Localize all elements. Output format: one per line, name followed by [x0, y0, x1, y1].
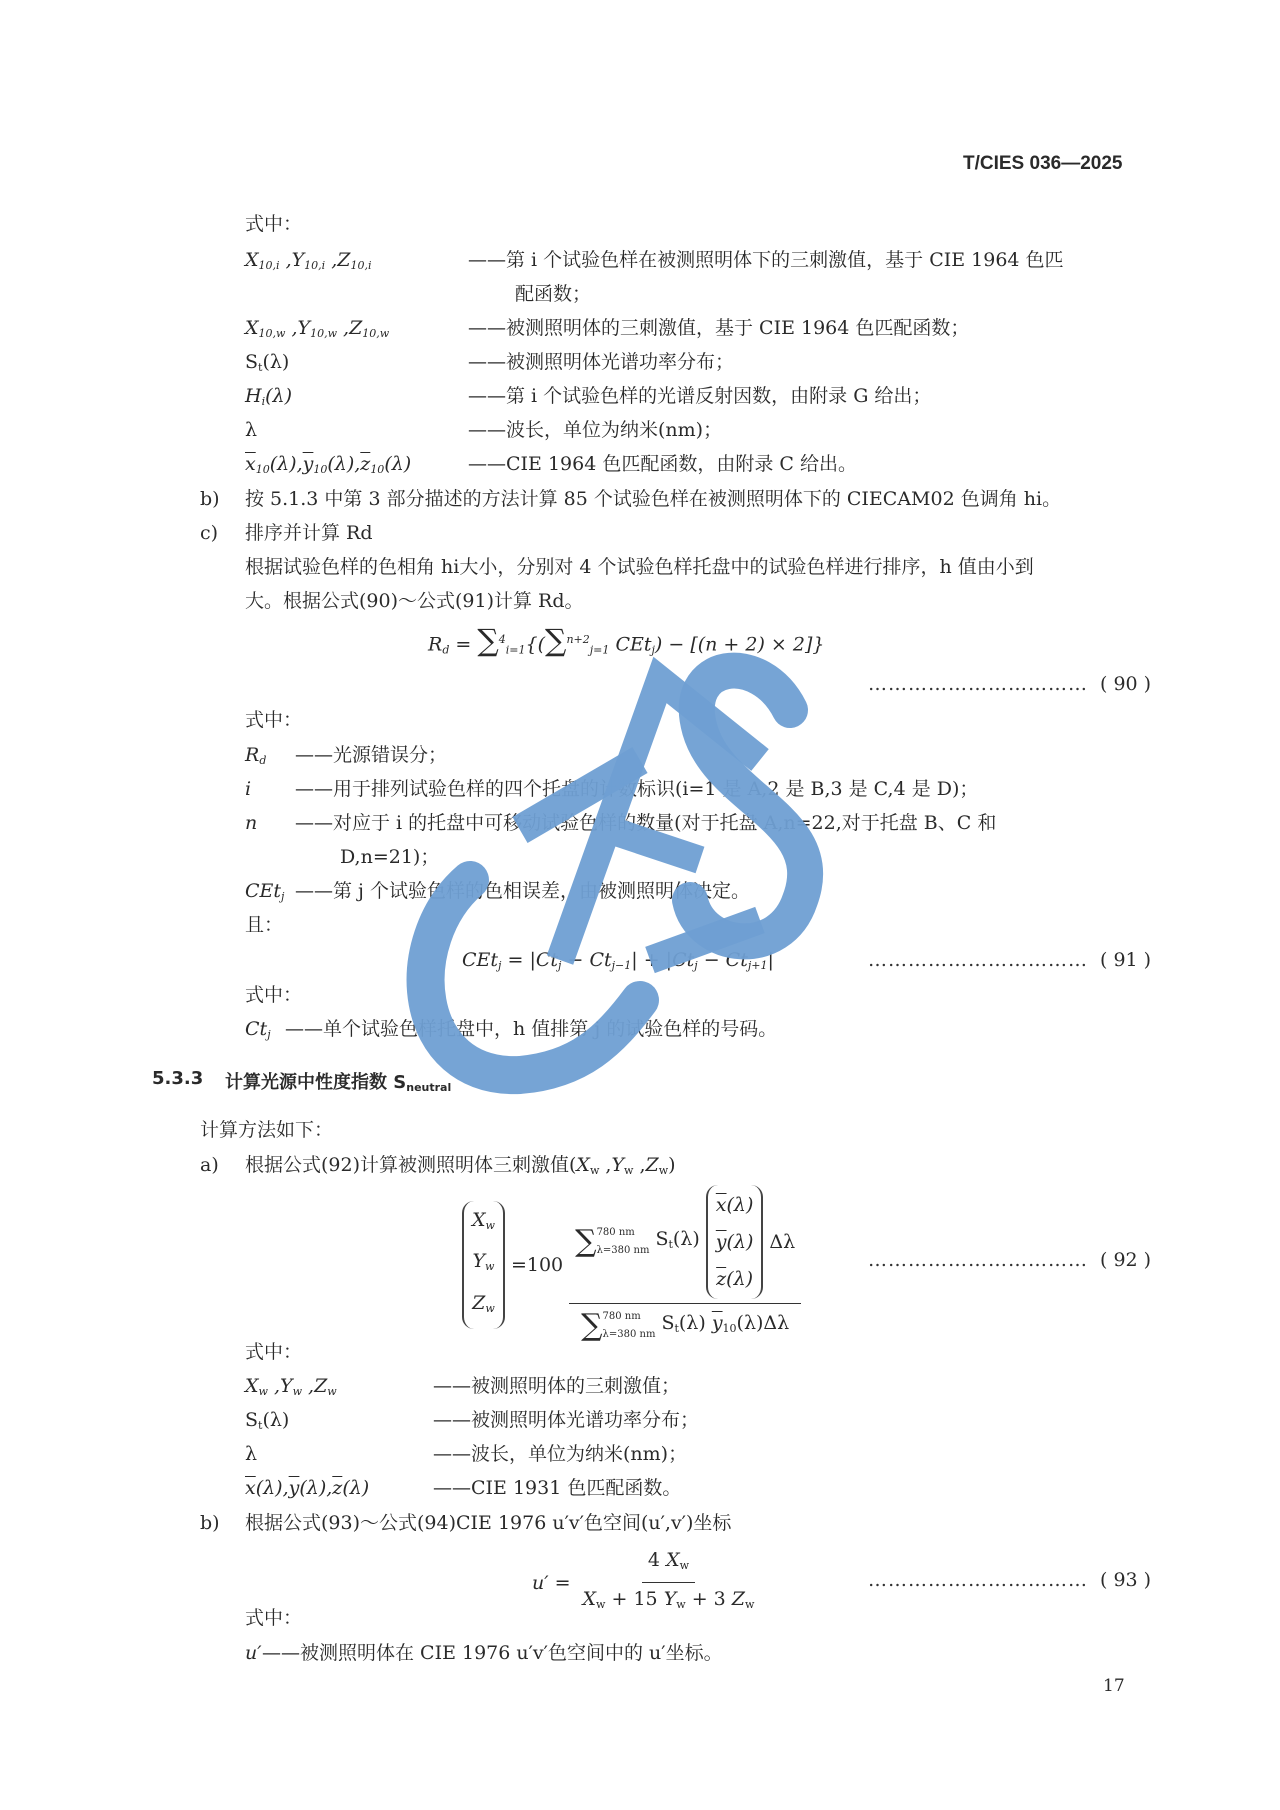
def-desc: ——被测照明体光谱功率分布； [433, 1408, 699, 1432]
def-symbol: n [245, 811, 257, 835]
equation-91: CEtj = |Ctj − Ctj−1| + |Ctj − Ctj+1| [462, 948, 774, 978]
def-desc: ——单个试验色样托盘中，h 值排第 j 的试验色样的号码。 [285, 1017, 777, 1041]
def-symbol: i [245, 777, 251, 801]
section-title: 计算光源中性度指数 Sneutral [225, 1068, 451, 1094]
equation-90: Rd = ∑4i=1{(∑n+2j=1 CEtj) − [(n + 2) × 2… [428, 628, 824, 662]
list-item-text: 根据公式(93)～公式(94)CIE 1976 u′v′色空间(u′,v′)坐标 [245, 1511, 731, 1535]
where-label: 式中： [245, 212, 302, 236]
equation-number: ( 90 ) [1100, 672, 1151, 696]
def-desc-cont: 配函数； [515, 282, 591, 306]
document-page: T/CIES 036—2025 式中： X10,i ,Y10,i ,Z10,i … [0, 0, 1280, 1810]
def-desc: ——CIE 1964 色匹配函数，由附录 C 给出。 [468, 452, 857, 476]
standard-id: T/CIES 036—2025 [963, 153, 1122, 175]
dot-leader: …………………………… [868, 1568, 1088, 1592]
def-symbol: λ [245, 418, 257, 442]
list-item-title: 排序并计算 Rd [245, 521, 373, 545]
def-symbol: Rd [245, 743, 266, 773]
list-marker: a) [200, 1153, 219, 1177]
def-symbol: St(λ) [245, 1408, 289, 1438]
def-desc: ——对应于 i 的托盘中可移动试验色样的数量(对于托盘 A,n=22,对于托盘 … [295, 811, 996, 835]
list-marker: b) [200, 487, 220, 511]
def-symbol: x(λ),y(λ),z(λ) [245, 1476, 369, 1500]
def-desc: ——CIE 1931 色匹配函数。 [433, 1476, 681, 1500]
factor: =100 [511, 1253, 563, 1277]
def-desc: ——光源错误分； [295, 743, 447, 767]
lhs-vector: XwYwZw [462, 1201, 505, 1329]
equation-number: ( 92 ) [1100, 1248, 1151, 1272]
def-desc: ——用于排列试验色样的四个托盘的计数标识(i=1 是 A,2 是 B,3 是 C… [295, 777, 978, 801]
list-item-text: 根据公式(92)计算被测照明体三刺激值(Xw ,Yw ,Zw) [245, 1153, 676, 1183]
def-symbol: λ [245, 1442, 257, 1466]
list-marker: c) [200, 521, 218, 545]
def-desc: ——被测照明体的三刺激值； [433, 1374, 680, 1398]
dot-leader: …………………………… [868, 672, 1088, 696]
def-symbol: Hi(λ) [245, 384, 292, 414]
where-label: 式中： [245, 1606, 302, 1630]
def-symbol: X10,w ,Y10,w ,Z10,w [245, 316, 389, 346]
def-desc: ——被测照明体在 CIE 1976 u′v′色空间中的 u′坐标。 [262, 1641, 723, 1665]
def-desc: ——第 i 个试验色样的光谱反射因数，由附录 G 给出； [468, 384, 931, 408]
def-symbol: CEtj [245, 879, 284, 909]
def-symbol: Ctj [245, 1017, 271, 1047]
def-symbol: Xw ,Yw ,Zw [245, 1374, 337, 1404]
dot-leader: …………………………… [868, 1248, 1088, 1272]
def-desc: ——第 i 个试验色样在被测照明体下的三刺激值，基于 CIE 1964 色匹 [468, 248, 1064, 272]
def-desc: ——被测照明体的三刺激值，基于 CIE 1964 色匹配函数； [468, 316, 969, 340]
equation-number: ( 91 ) [1100, 948, 1151, 972]
def-desc: ——波长，单位为纳米(nm)； [468, 418, 722, 442]
and-label: 且： [245, 913, 283, 937]
paragraph-line: 大。根据公式(90)～公式(91)计算 Rd。 [245, 589, 584, 613]
equation-number: ( 93 ) [1100, 1568, 1151, 1592]
list-marker: b) [200, 1511, 220, 1535]
where-label: 式中： [245, 708, 302, 732]
def-desc: ——波长，单位为纳米(nm)； [433, 1442, 687, 1466]
equation-93: u′ = 4 Xw Xw + 15 Yw + 3 Zw [532, 1548, 760, 1617]
where-label: 式中： [245, 1340, 302, 1364]
list-item-text: 按 5.1.3 中第 3 部分描述的方法计算 85 个试验色样在被测照明体下的 … [245, 487, 1061, 511]
def-desc-cont: D,n=21)； [340, 845, 439, 869]
def-desc: ——第 j 个试验色样的色相误差，由被测照明体决定。 [295, 879, 750, 903]
def-symbol: St(λ) [245, 350, 289, 380]
def-symbol: X10,i ,Y10,i ,Z10,i [245, 248, 371, 278]
st: St(λ) [655, 1227, 699, 1257]
method-intro: 计算方法如下： [200, 1118, 333, 1142]
section-number: 5.3.3 [152, 1068, 203, 1089]
where-label: 式中： [245, 983, 302, 1007]
def-symbol: x10(λ),y10(λ),z10(λ) [245, 452, 411, 482]
def-symbol: u′ [245, 1641, 262, 1665]
equation-92: XwYwZw =100 ∑ 780 nmλ=380 nm St(λ) x(λ)y… [462, 1185, 801, 1344]
page-number: 17 [1103, 1676, 1125, 1696]
paragraph-line: 根据试验色样的色相角 hi大小，分别对 4 个试验色样托盘中的试验色样进行排序，… [245, 555, 1034, 579]
def-desc: ——被测照明体光谱功率分布； [468, 350, 734, 374]
dot-leader: …………………………… [868, 948, 1088, 972]
